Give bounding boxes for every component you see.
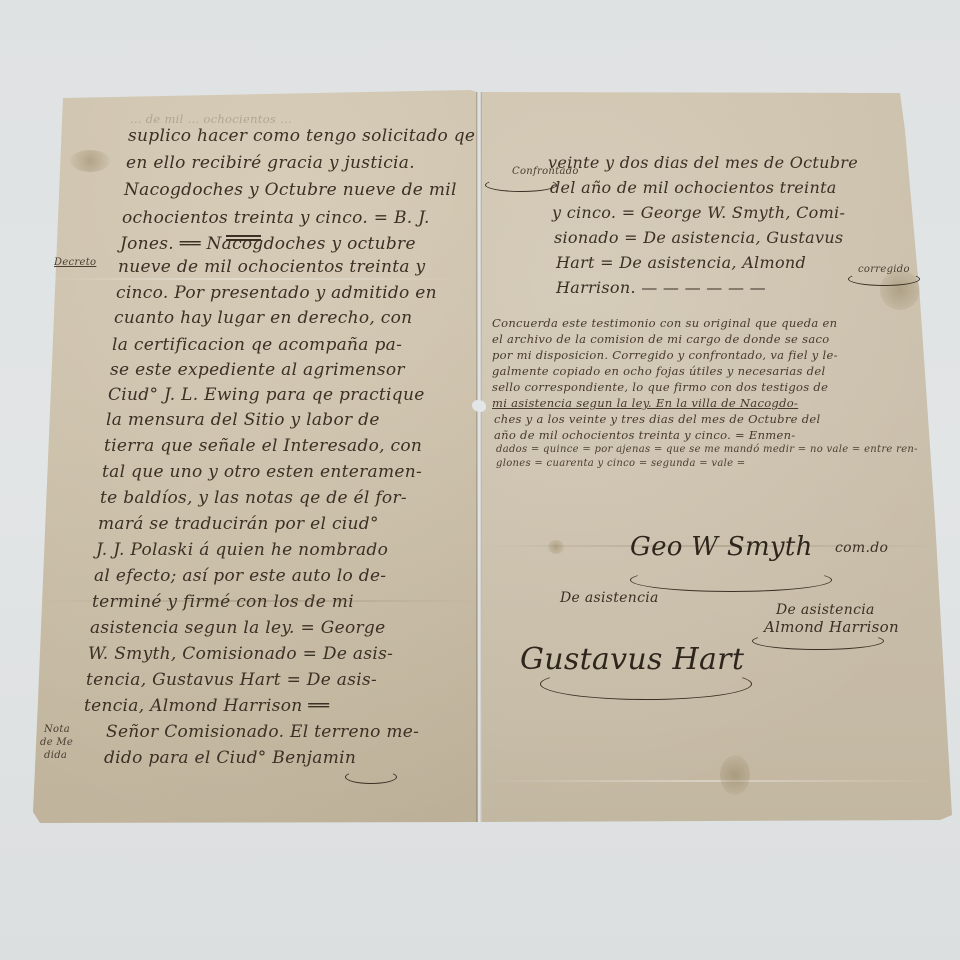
- text-line: la certificacion qe acompaña pa-: [112, 335, 402, 355]
- text-line: Señor Comisionado. El terreno me-: [106, 722, 419, 742]
- text-line: J. J. Polaski á quien he nombrado: [96, 540, 388, 560]
- text-line: Jones. ══ Nacogdoches y octubre: [120, 234, 416, 254]
- text-line: mi asistencia segun la ley. En la villa …: [492, 396, 798, 410]
- text-line: Harrison. — — — — — —: [556, 278, 766, 297]
- crease: [482, 780, 942, 782]
- flourish: [485, 178, 557, 192]
- text-line: cuanto hay lugar en derecho, con: [114, 308, 412, 328]
- signature-flourish: [630, 568, 832, 592]
- witness-label-left: De asistencia: [560, 590, 659, 606]
- document-photo: … de mil … ochocientos … Decreto Nota de…: [0, 0, 960, 960]
- text-line: tencia, Almond Harrison ══: [84, 696, 329, 716]
- text-line: veinte y dos dias del mes de Octubre: [548, 153, 858, 172]
- margin-note-nota: dida: [44, 750, 67, 761]
- paper-hole: [472, 400, 486, 412]
- text-line: terminé y firmé con los de mi: [92, 592, 354, 612]
- text-line: ochocientos treinta y cinco. = B. J.: [122, 208, 430, 228]
- text-line: y cinco. = George W. Smyth, Comi-: [552, 203, 845, 222]
- text-line: tierra que señale el Interesado, con: [104, 436, 422, 456]
- text-line: la mensura del Sitio y labor de: [106, 410, 380, 430]
- witness-label-right: De asistencia: [776, 602, 875, 618]
- text-line: por mi disposicion. Corregido y confront…: [492, 348, 838, 362]
- text-line: asistencia segun la ley. = George: [90, 618, 385, 638]
- signature-flourish: [540, 668, 752, 700]
- text-line: dido para el Ciud° Benjamin: [104, 748, 356, 768]
- dash-mark: [226, 239, 261, 241]
- text-line: Ciud° J. L. Ewing para qe practique: [108, 385, 425, 405]
- signature-flourish: [752, 632, 884, 650]
- faded-header-text: … de mil … ochocientos …: [130, 112, 292, 126]
- text-line: tencia, Gustavus Hart = De asis-: [86, 670, 377, 690]
- flourish: [345, 770, 397, 784]
- text-line: dados = quince = por ajenas = que se me …: [496, 444, 918, 455]
- text-line: en ello recibiré gracia y justicia.: [126, 153, 415, 173]
- text-line: glones = cuarenta y cinco = segunda = va…: [496, 458, 746, 469]
- ink-smudge: [70, 150, 110, 172]
- crease: [40, 278, 460, 280]
- center-fold: [476, 92, 482, 822]
- text-line: suplico hacer como tengo solicitado qe: [128, 126, 475, 146]
- text-line: W. Smyth, Comisionado = De asis-: [88, 644, 393, 664]
- stain-spot: [720, 755, 750, 795]
- margin-note-decreto: Decreto: [54, 257, 96, 268]
- text-line: tal que uno y otro esten enteramen-: [102, 462, 422, 482]
- text-line: se este expediente al agrimensor: [110, 360, 405, 380]
- text-line: Concuerda este testimonio con su origina…: [492, 316, 837, 330]
- text-line: el archivo de la comision de mi cargo de…: [492, 332, 829, 346]
- stain-spot: [548, 540, 564, 554]
- text-line: Hart = De asistencia, Almond: [556, 253, 806, 272]
- signature-commissioner: Geo W Smyth: [630, 532, 813, 562]
- text-line: galmente copiado en ocho fojas útiles y …: [492, 364, 825, 378]
- text-line: cinco. Por presentado y admitido en: [116, 283, 437, 303]
- text-line: ches y a los veinte y tres dias del mes …: [494, 412, 820, 426]
- text-line: sionado = De asistencia, Gustavus: [554, 228, 843, 247]
- commissioner-title: com.do: [835, 540, 888, 556]
- margin-note-nota: de Me: [40, 737, 73, 748]
- text-line: año de mil ochocientos treinta y cinco. …: [494, 428, 796, 442]
- dash-mark: [226, 235, 261, 237]
- margin-note-nota: Nota: [44, 724, 70, 735]
- text-line: Nacogdoches y Octubre nueve de mil: [124, 180, 457, 200]
- text-line: del año de mil ochocientos treinta: [550, 178, 837, 197]
- text-line: sello correspondiente, lo que firmo con …: [492, 380, 828, 394]
- text-line: mará se traducirán por el ciud°: [98, 514, 379, 534]
- text-line: nueve de mil ochocientos treinta y: [118, 257, 425, 277]
- flourish: [848, 272, 920, 286]
- text-line: te baldíos, y las notas qe de él for-: [100, 488, 407, 508]
- text-line: al efecto; así por este auto lo de-: [94, 566, 386, 586]
